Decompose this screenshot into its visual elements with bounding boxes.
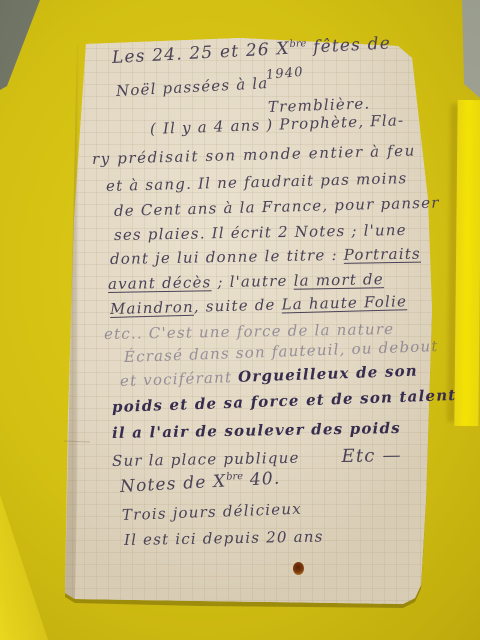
- rust-stain: [293, 562, 304, 575]
- manuscript-line: Il est ici depuis 20 ans: [124, 528, 324, 549]
- underlined-title: La haute Folie: [281, 292, 407, 313]
- superscript-bre: bre: [226, 471, 243, 483]
- underlined-name: Maindron: [110, 298, 194, 318]
- paper-worn-edge: [63, 44, 77, 600]
- line-text: Sur la place publique: [112, 449, 300, 470]
- underlined-title: la mort de: [293, 270, 384, 290]
- superscript-bre: bre: [289, 38, 306, 50]
- line-text: 40.: [243, 469, 281, 491]
- photo-scene: Les 24. 25 et 26 Xbre fêtes de Noël pass…: [0, 0, 480, 640]
- underlined-title: avant décès: [108, 273, 212, 293]
- background-sheet-edge: [454, 100, 480, 426]
- background-light-wedge: [0, 495, 70, 640]
- line-text: ; l'autre: [211, 272, 293, 291]
- line-text: , suite de: [194, 296, 282, 316]
- etc-flourish: Etc —: [341, 445, 402, 467]
- underlined-title: Portraits: [344, 245, 421, 264]
